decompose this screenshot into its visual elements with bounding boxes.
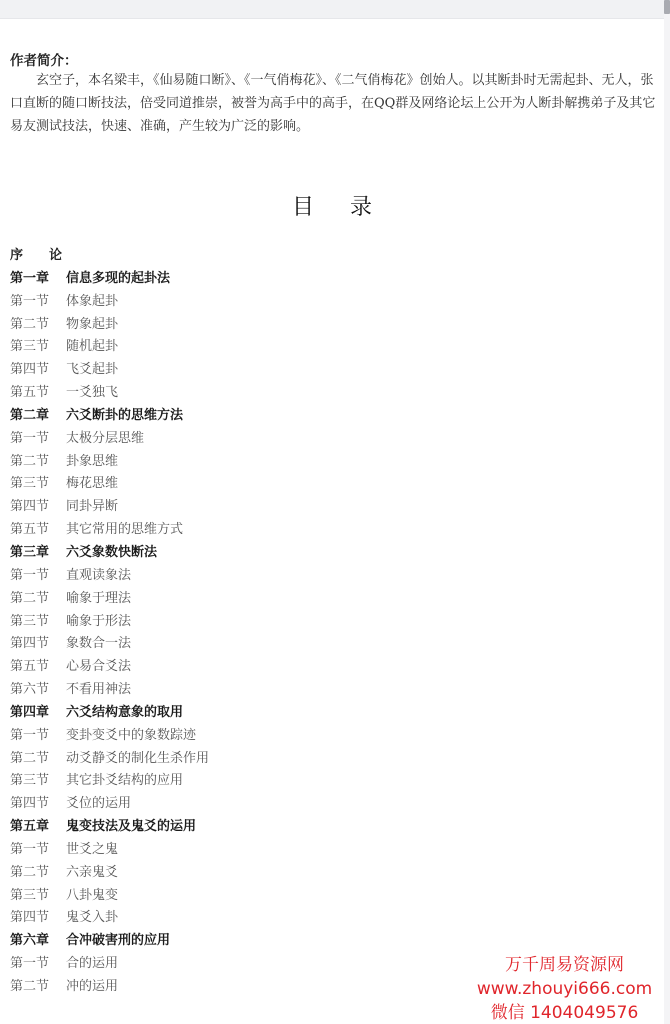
toc-entry-title: 同卦异断 xyxy=(66,499,118,514)
toc-entry-title: 喻象于形法 xyxy=(66,614,131,629)
watermark-url: www.zhouyi666.com xyxy=(462,977,667,1001)
toc-section-entry[interactable]: 第三节梅花思维 xyxy=(10,473,209,496)
toc-entry-title: 随机起卦 xyxy=(66,339,118,354)
toc-entry-number: 第四节 xyxy=(10,907,66,930)
toc-entry-number: 第五章 xyxy=(10,816,66,839)
toc-entry-number: 第二节 xyxy=(10,976,66,999)
toc-entry-number: 第三节 xyxy=(10,336,66,359)
toc-section-entry[interactable]: 第一节体象起卦 xyxy=(10,291,209,314)
toc-entry-number: 第六节 xyxy=(10,679,66,702)
toc-entry-title: 合的运用 xyxy=(66,956,118,971)
toc-entry-number: 第二节 xyxy=(10,748,66,771)
toc-entry-title: 其它卦爻结构的应用 xyxy=(66,773,183,788)
toc-entry-title: 八卦鬼变 xyxy=(66,888,118,903)
toc-entry-number: 第四节 xyxy=(10,496,66,519)
toc-entry-number: 第五节 xyxy=(10,382,66,405)
toc-section-entry[interactable]: 第四节同卦异断 xyxy=(10,496,209,519)
toc-entry-title: 动爻静爻的制化生杀作用 xyxy=(66,751,209,766)
author-bio-heading: 作者简介： xyxy=(10,49,78,69)
toc-entry-title: 鬼爻入卦 xyxy=(66,910,118,925)
toc-section-entry[interactable]: 第五节心易合爻法 xyxy=(10,656,209,679)
toc-entry-number: 第二章 xyxy=(10,405,66,428)
toc-entry-number: 第三节 xyxy=(10,611,66,634)
toc-section-entry[interactable]: 第五节其它常用的思维方式 xyxy=(10,519,209,542)
toc-section-entry[interactable]: 第一节变卦变爻中的象数踪迹 xyxy=(10,725,209,748)
toc-entry-title: 飞爻起卦 xyxy=(66,362,118,377)
toc-entry-number: 第二节 xyxy=(10,314,66,337)
toc-entry-title: 合冲破害刑的应用 xyxy=(66,933,170,948)
toc-preface-entry[interactable]: 序论 xyxy=(10,245,209,268)
toc-entry-number: 第一节 xyxy=(10,428,66,451)
toc-section-entry[interactable]: 第六节不看用神法 xyxy=(10,679,209,702)
toc-entry-number: 第四章 xyxy=(10,702,66,725)
watermark-wechat: 微信 1404049576 xyxy=(462,1001,667,1024)
toc-section-entry[interactable]: 第三节八卦鬼变 xyxy=(10,885,209,908)
toc-chapter-entry[interactable]: 第五章鬼变技法及鬼爻的运用 xyxy=(10,816,209,839)
toc-entry-number: 第三节 xyxy=(10,473,66,496)
toc-entry-number: 第三章 xyxy=(10,542,66,565)
vertical-scrollbar[interactable] xyxy=(664,0,670,1024)
toc-entry-number: 第六章 xyxy=(10,930,66,953)
toc-title: 目录 xyxy=(0,190,664,221)
author-bio-text: 玄空子，本名梁丰，《仙易随口断》、《一气俏梅花》、《二气俏梅花》创始人。以其断卦… xyxy=(10,69,660,138)
toc-chapter-entry[interactable]: 第二章六爻断卦的思维方法 xyxy=(10,405,209,428)
toc-section-entry[interactable]: 第一节合的运用 xyxy=(10,953,209,976)
toc-entry-title: 心易合爻法 xyxy=(66,659,131,674)
toc-entry-number: 第四节 xyxy=(10,359,66,382)
watermark: 万千周易资源网 www.zhouyi666.com 微信 1404049576 xyxy=(462,953,667,1024)
toc-section-entry[interactable]: 第一节太极分层思维 xyxy=(10,428,209,451)
toc-entry-number: 第三节 xyxy=(10,885,66,908)
toc-entry-title: 冲的运用 xyxy=(66,979,118,994)
toc-section-entry[interactable]: 第二节喻象于理法 xyxy=(10,588,209,611)
toc-entry-title: 六爻断卦的思维方法 xyxy=(66,408,183,423)
toc-entry-title: 物象起卦 xyxy=(66,317,118,332)
toc-entry-number: 第一章 xyxy=(10,268,66,291)
viewer-top-bar xyxy=(0,0,664,19)
table-of-contents: 序论第一章信息多现的起卦法第一节体象起卦第二节物象起卦第三节随机起卦第四节飞爻起… xyxy=(10,245,209,999)
toc-entry-number: 第一节 xyxy=(10,565,66,588)
toc-section-entry[interactable]: 第一节世爻之鬼 xyxy=(10,839,209,862)
toc-section-entry[interactable]: 第四节飞爻起卦 xyxy=(10,359,209,382)
toc-entry-title: 六爻结构意象的取用 xyxy=(66,705,183,720)
toc-entry-number: 第二节 xyxy=(10,862,66,885)
toc-section-entry[interactable]: 第三节其它卦爻结构的应用 xyxy=(10,770,209,793)
toc-entry-title: 象数合一法 xyxy=(66,636,131,651)
toc-entry-number: 第二节 xyxy=(10,451,66,474)
toc-chapter-entry[interactable]: 第六章合冲破害刑的应用 xyxy=(10,930,209,953)
toc-entry-number: 第一节 xyxy=(10,953,66,976)
toc-entry-number: 第二节 xyxy=(10,588,66,611)
toc-section-entry[interactable]: 第二节动爻静爻的制化生杀作用 xyxy=(10,748,209,771)
toc-entry-title: 六亲鬼爻 xyxy=(66,865,118,880)
toc-entry-title: 信息多现的起卦法 xyxy=(66,271,170,286)
toc-entry-title: 一爻独飞 xyxy=(66,385,118,400)
toc-entry-title: 喻象于理法 xyxy=(66,591,131,606)
toc-entry-title: 卦象思维 xyxy=(66,454,118,469)
toc-chapter-entry[interactable]: 第一章信息多现的起卦法 xyxy=(10,268,209,291)
toc-entry-number: 第四节 xyxy=(10,633,66,656)
toc-section-entry[interactable]: 第三节喻象于形法 xyxy=(10,611,209,634)
toc-section-entry[interactable]: 第一节直观读象法 xyxy=(10,565,209,588)
toc-entry-number: 第一节 xyxy=(10,839,66,862)
toc-entry-title: 不看用神法 xyxy=(66,682,131,697)
toc-entry-number: 第五节 xyxy=(10,519,66,542)
scrollbar-thumb[interactable] xyxy=(664,0,670,14)
toc-chapter-entry[interactable]: 第三章六爻象数快断法 xyxy=(10,542,209,565)
toc-entry-number: 第四节 xyxy=(10,793,66,816)
toc-section-entry[interactable]: 第五节一爻独飞 xyxy=(10,382,209,405)
toc-entry-title: 其它常用的思维方式 xyxy=(66,522,183,537)
toc-entry-number: 第三节 xyxy=(10,770,66,793)
watermark-site-name: 万千周易资源网 xyxy=(462,953,667,977)
toc-entry-title: 太极分层思维 xyxy=(66,431,144,446)
toc-chapter-entry[interactable]: 第四章六爻结构意象的取用 xyxy=(10,702,209,725)
toc-entry-number: 第一节 xyxy=(10,725,66,748)
toc-section-entry[interactable]: 第二节卦象思维 xyxy=(10,451,209,474)
toc-entry-title: 梅花思维 xyxy=(66,476,118,491)
toc-entry-number: 第五节 xyxy=(10,656,66,679)
toc-section-entry[interactable]: 第四节鬼爻入卦 xyxy=(10,907,209,930)
toc-section-entry[interactable]: 第四节象数合一法 xyxy=(10,633,209,656)
toc-section-entry[interactable]: 第二节冲的运用 xyxy=(10,976,209,999)
toc-section-entry[interactable]: 第二节六亲鬼爻 xyxy=(10,862,209,885)
toc-entry-title: 体象起卦 xyxy=(66,294,118,309)
toc-section-entry[interactable]: 第三节随机起卦 xyxy=(10,336,209,359)
toc-entry-title: 爻位的运用 xyxy=(66,796,131,811)
toc-entry-number: 第一节 xyxy=(10,291,66,314)
toc-entry-title: 变卦变爻中的象数踪迹 xyxy=(66,728,196,743)
toc-entry-title: 直观读象法 xyxy=(66,568,131,583)
toc-entry-number: 序论 xyxy=(10,245,88,268)
toc-entry-title: 六爻象数快断法 xyxy=(66,545,157,560)
toc-section-entry[interactable]: 第二节物象起卦 xyxy=(10,314,209,337)
toc-entry-title: 鬼变技法及鬼爻的运用 xyxy=(66,819,196,834)
toc-section-entry[interactable]: 第四节爻位的运用 xyxy=(10,793,209,816)
toc-entry-title: 世爻之鬼 xyxy=(66,842,118,857)
